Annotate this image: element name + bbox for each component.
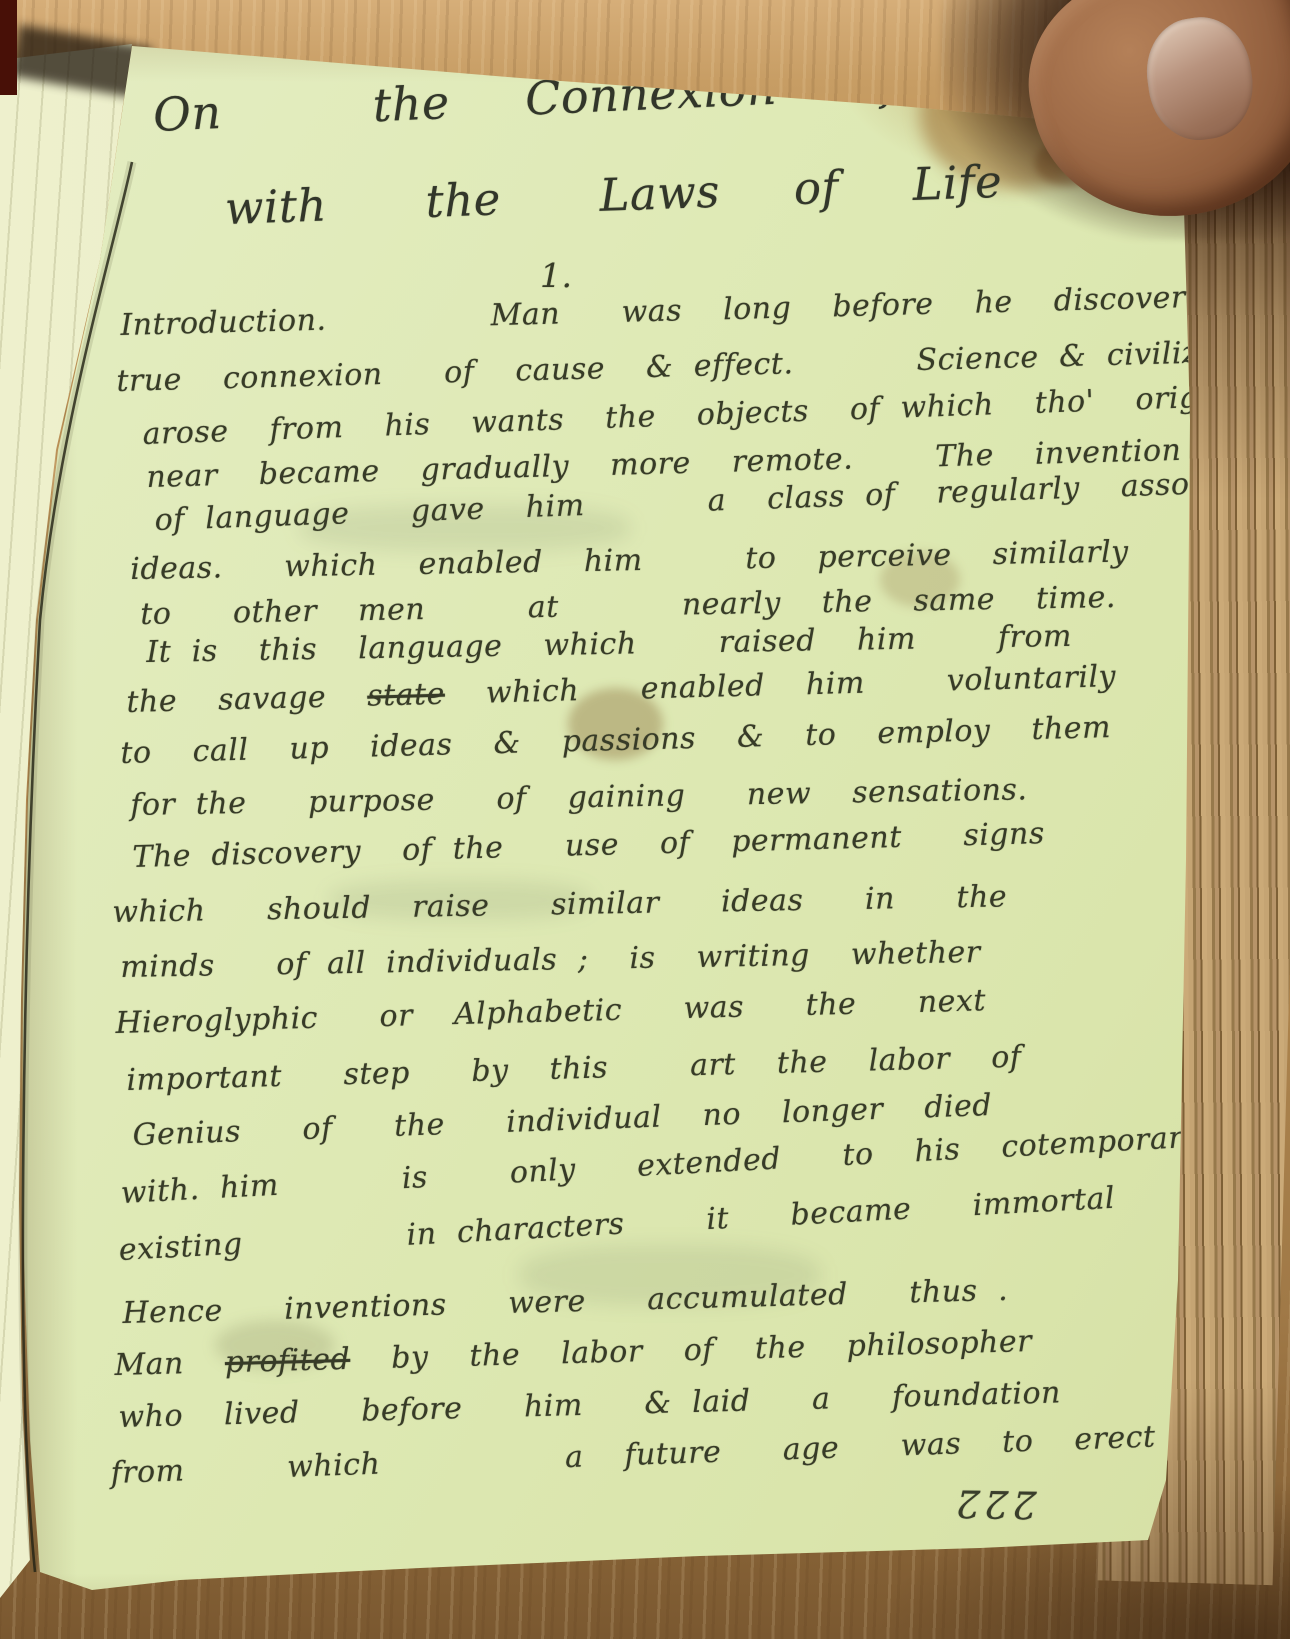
manuscript-photo: On the Connexion of Chemistrywith the La… [0,0,1290,1639]
manuscript-line: the savage state which enabled him volun… [126,659,1116,720]
handwriting-text: Introduction. Man was long before he dis… [120,277,1290,343]
handwriting-text: important step by this art the labor of [126,1040,1022,1098]
page-number: 222 [952,1481,1037,1526]
manuscript-page: On the Connexion of Chemistrywith the La… [0,0,1290,1639]
manuscript-line: important step by this art the labor of [126,1040,1022,1098]
handwriting-text: Hieroglyphic or Alphabetic was the next [115,983,986,1041]
handwriting-text: minds of all individuals ; is writing wh… [120,935,981,985]
photo-edge-top-left [0,0,17,95]
handwriting-text: 1. [540,256,573,295]
fingernail [1140,11,1260,146]
handwriting-text: for the purpose of gaining new sensation… [130,772,1028,823]
manuscript-line: Hieroglyphic or Alphabetic was the next [115,983,986,1041]
handwriting-text: which should raise similar ideas in the [112,879,1007,930]
struck-word: state [367,677,446,714]
handwriting-text: Man [114,1345,225,1383]
handwriting-text: which enabled him voluntarily [444,659,1116,712]
handwriting-text: Hence inventions were accumulated thus . [122,1273,1008,1331]
manuscript-line: for the purpose of gaining new sensation… [130,772,1028,823]
manuscript-line: Hence inventions were accumulated thus . [122,1273,1008,1331]
manuscript-line: Man profited by the labor of the philoso… [114,1324,1032,1383]
manuscript-line: to call up ideas & passions & to employ … [120,710,1111,771]
manuscript-line: who lived before him & laid a foundation [118,1375,1061,1435]
ink-layer: On the Connexion of Chemistrywith the La… [0,0,1290,1639]
manuscript-line: Introduction. Man was long before he dis… [120,277,1290,343]
handwriting-text: The discovery of the use of permanent si… [132,816,1045,875]
manuscript-line: The discovery of the use of permanent si… [132,816,1045,875]
struck-word: profited [224,1342,350,1380]
manuscript-line: 1. [540,256,573,295]
manuscript-line: ideas. which enabled him to perceive sim… [130,535,1129,587]
handwriting-text: who lived before him & laid a foundation [118,1375,1061,1435]
handwriting-text: ideas. which enabled him to perceive sim… [130,535,1129,587]
handwriting-text: by the labor of the philosopher [350,1324,1033,1377]
manuscript-line: which should raise similar ideas in the [112,879,1007,930]
handwriting-text: to call up ideas & passions & to employ … [120,710,1111,771]
manuscript-line: minds of all individuals ; is writing wh… [120,935,981,985]
handwriting-text: the savage [126,679,368,720]
